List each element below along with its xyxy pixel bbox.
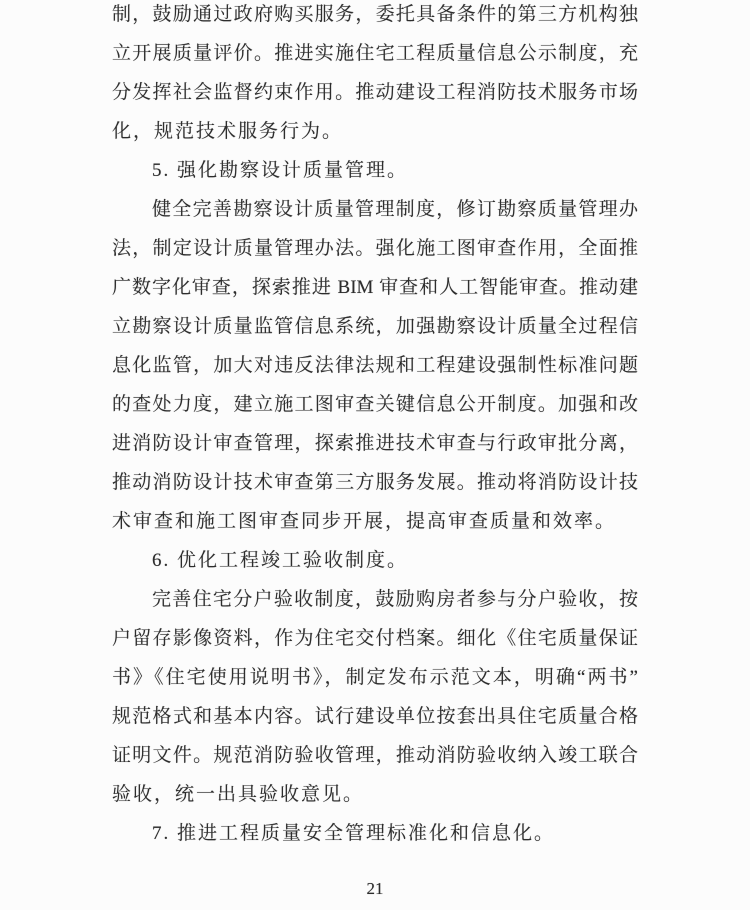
text-line: 户留存影像资料，作为住宅交付档案。细化《住宅质量保证 [112,619,638,658]
section-heading: 5. 强化勘察设计质量管理。 [112,151,638,190]
section-heading: 6. 优化工程竣工验收制度。 [112,541,638,580]
text-line: 书》《住宅使用说明书》，制定发布示范文本，明确“两书” [112,658,638,697]
text-line: 法，制定设计质量管理办法。强化施工图审查作用，全面推 [112,229,638,268]
text-line: 完善住宅分户验收制度，鼓励购房者参与分户验收，按 [112,580,638,619]
document-page: 制，鼓励通过政府购买服务，委托具备条件的第三方机构独立开展质量评价。推进实施住宅… [0,0,750,910]
text-line: 分发挥社会监督约束作用。推动建设工程消防技术服务市场 [112,73,638,112]
text-line: 立开展质量评价。推进实施住宅工程质量信息公示制度，充 [112,34,638,73]
text-line: 进消防设计审查管理，探索推进技术审查与行政审批分离， [112,424,638,463]
page-number: 21 [0,879,750,899]
text-line: 的查处力度，建立施工图审查关键信息公开制度。加强和改 [112,385,638,424]
text-line: 验收，统一出具验收意见。 [112,775,638,814]
text-line: 息化监管，加大对违反法律法规和工程建设强制性标准问题 [112,346,638,385]
document-text-block: 制，鼓励通过政府购买服务，委托具备条件的第三方机构独立开展质量评价。推进实施住宅… [112,0,638,853]
text-line: 化，规范技术服务行为。 [112,112,638,151]
text-line: 证明文件。规范消防验收管理，推动消防验收纳入竣工联合 [112,736,638,775]
section-heading: 7. 推进工程质量安全管理标准化和信息化。 [112,814,638,853]
text-line: 立勘察设计质量监管信息系统，加强勘察设计质量全过程信 [112,307,638,346]
text-line: 规范格式和基本内容。试行建设单位按套出具住宅质量合格 [112,697,638,736]
text-line: 健全完善勘察设计质量管理制度，修订勘察质量管理办 [112,190,638,229]
text-line: 制，鼓励通过政府购买服务，委托具备条件的第三方机构独 [112,0,638,34]
text-line: 术审查和施工图审查同步开展，提高审查质量和效率。 [112,502,638,541]
text-line: 广数字化审查，探索推进 BIM 审查和人工智能审查。推动建 [112,268,638,307]
text-line: 推动消防设计技术审查第三方服务发展。推动将消防设计技 [112,463,638,502]
